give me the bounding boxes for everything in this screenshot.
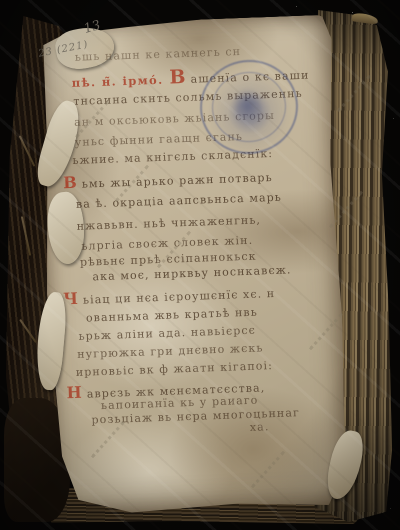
parchment-page xyxy=(37,15,350,516)
photo-black-backdrop: ьшь нашн ке камнегь снпѣ. н̃. ірмо́.Ваше… xyxy=(0,0,400,530)
dust-specks xyxy=(0,0,1,1)
